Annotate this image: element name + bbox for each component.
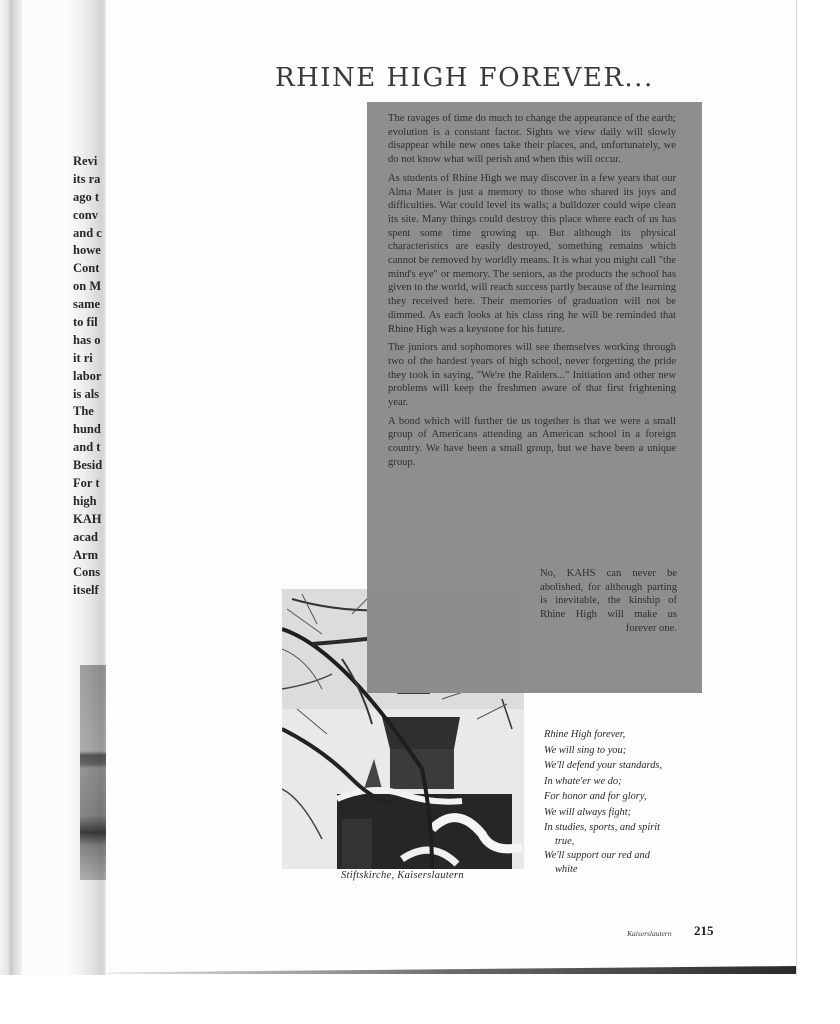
song-line: We will always fight; (544, 805, 694, 821)
essay-closing-paragraph: No, KAHS can never be abolished, for alt… (540, 567, 677, 636)
song-line: In studies, sports, and spirit (544, 821, 694, 834)
page-gutter-shadow (68, 0, 108, 975)
panel-photo-overlap (367, 589, 524, 693)
essay-paragraph: The ravages of time do much to change th… (388, 112, 676, 167)
school-song: Rhine High forever, We will sing to you;… (544, 727, 694, 878)
song-line: true, (544, 834, 694, 850)
page-number: 215 (694, 923, 714, 939)
essay-paragraph: As students of Rhine High we may discove… (388, 172, 676, 336)
song-line: We'll defend your standards, (544, 758, 694, 774)
book-binding-edge (0, 0, 22, 975)
essay-paragraph: A bond which will further tie us togethe… (388, 415, 676, 470)
song-line: For honor and for glory, (544, 789, 694, 805)
essay-paragraph: The juniors and sophomores will see them… (388, 341, 676, 410)
song-line: white (544, 862, 694, 878)
song-line: We will sing to you; (544, 743, 694, 759)
song-line: Rhine High forever, (544, 727, 694, 743)
essay-text: The ravages of time do much to change th… (388, 112, 676, 475)
photo-caption: Stiftskirche, Kaiserslautern (341, 870, 464, 881)
song-line: In whate'er we do; (544, 774, 694, 790)
running-footer: Kaiserslautern (627, 929, 672, 938)
page-title: RHINE HIGH FOREVER... (275, 63, 695, 93)
song-line: We'll support our red and (544, 849, 694, 862)
